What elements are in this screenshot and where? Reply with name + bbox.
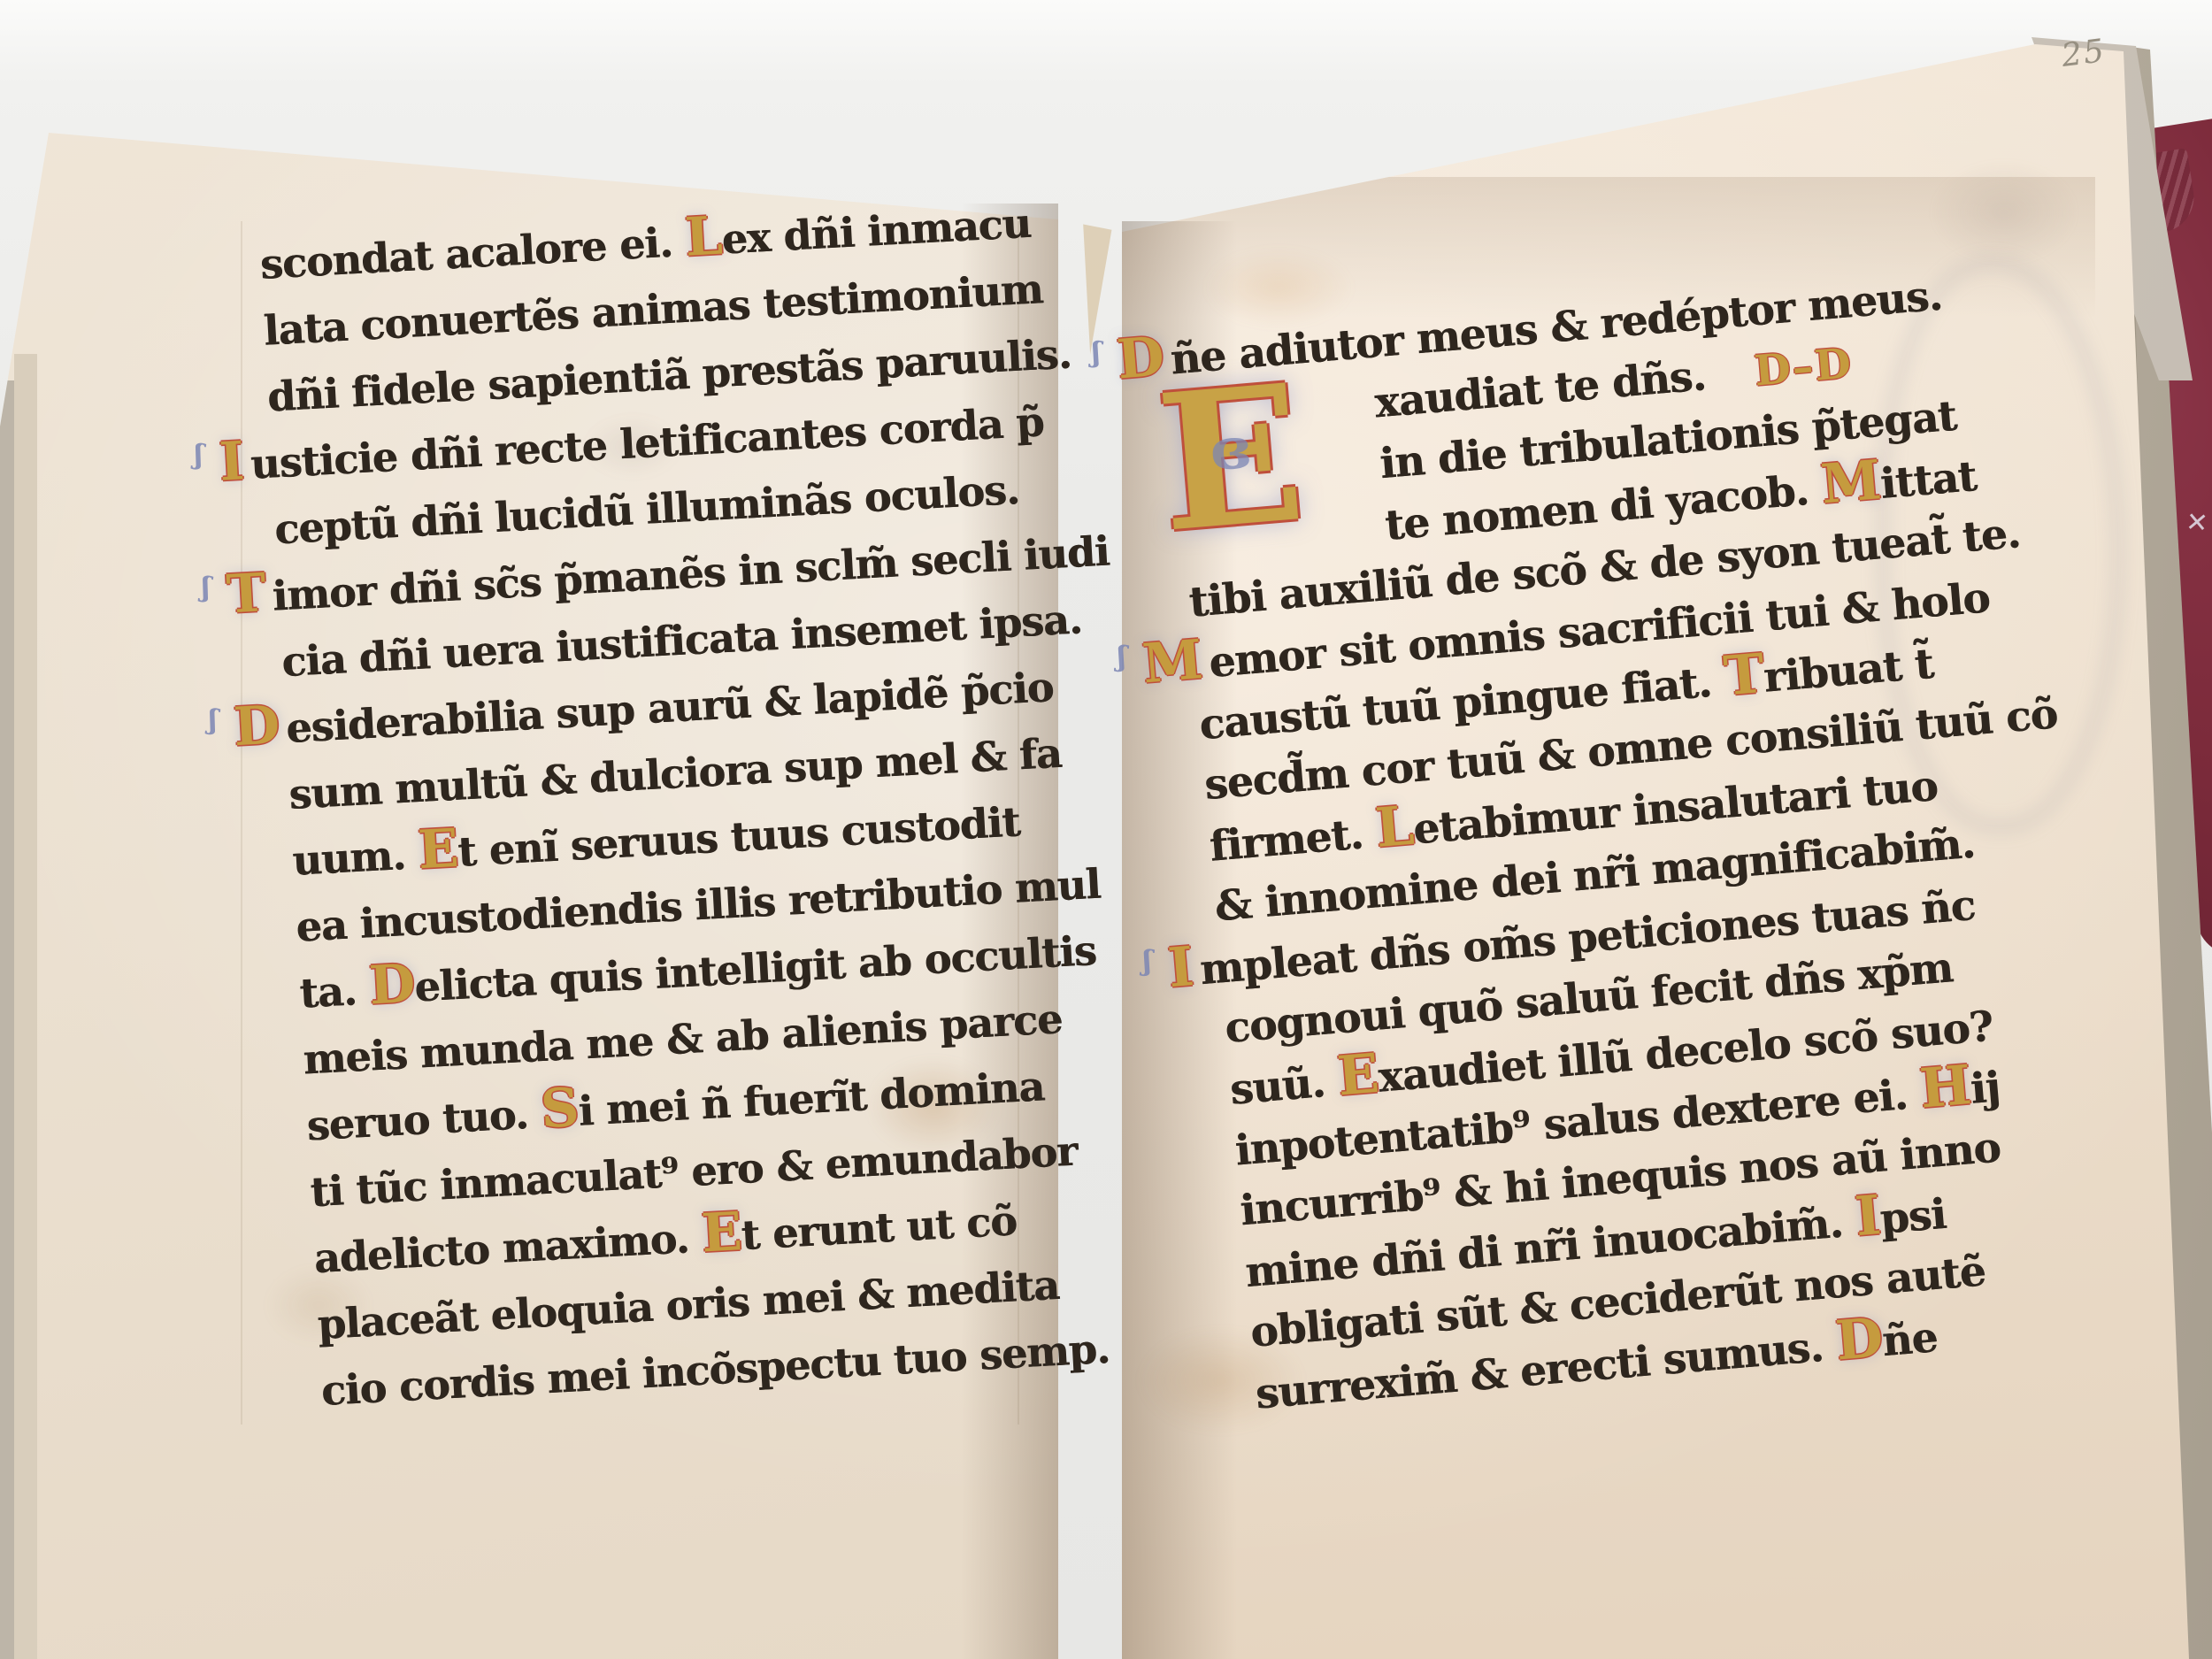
illuminated-initial: D bbox=[233, 700, 280, 755]
text-run: uum. bbox=[291, 830, 419, 885]
illuminated-initial: M bbox=[1819, 453, 1883, 511]
text-run: seruo tuo. bbox=[305, 1089, 542, 1149]
illuminated-initial: E bbox=[1335, 1047, 1380, 1104]
illuminated-initial: L bbox=[1373, 799, 1415, 856]
left-page-text: scondat acalore ei. Lex dñi inmaculata c… bbox=[258, 188, 1118, 1425]
text-run: t erunt ut cõ bbox=[740, 1196, 1018, 1259]
illuminated-initial: T bbox=[226, 567, 267, 622]
text-run: ñe bbox=[1880, 1313, 1939, 1366]
illuminated-initial: D bbox=[368, 958, 416, 1013]
text-run: ij bbox=[1969, 1063, 2001, 1114]
text-run: adelicto maximo. bbox=[312, 1214, 703, 1283]
text-run: suũ. bbox=[1228, 1057, 1340, 1115]
right-page-text: E Dñe adiutor meus & redéptor meus.xaudi… bbox=[1166, 258, 2105, 1425]
illuminated-initial: T bbox=[1722, 647, 1765, 704]
illuminated-initial: I bbox=[1853, 1188, 1882, 1244]
illuminated-initial: E bbox=[417, 823, 459, 878]
gutter-fold bbox=[1069, 220, 1112, 356]
illuminated-initial: S bbox=[540, 1082, 580, 1137]
ink-showthrough-smudge bbox=[1929, 159, 2079, 265]
text-run: firmet. bbox=[1208, 809, 1379, 872]
text-run: ex dñi inmacu bbox=[720, 199, 1032, 264]
folio-page-number: 25 bbox=[2060, 33, 2108, 74]
illuminated-initial: E bbox=[701, 1206, 743, 1261]
illuminated-initial: D bbox=[1115, 330, 1165, 388]
manuscript-photo: ✕✕ scondat acalore ei. Lex dñi inmaculat… bbox=[0, 0, 2212, 1659]
illuminated-initial: M bbox=[1141, 633, 1204, 691]
text-run: ribuat t̃ bbox=[1762, 640, 1935, 703]
left-fore-edge-inner bbox=[14, 354, 37, 1659]
text-run: psi bbox=[1878, 1190, 1948, 1244]
text-run: ta. bbox=[298, 966, 371, 1018]
left-fore-edge bbox=[0, 380, 14, 1659]
illuminated-initial: I bbox=[218, 435, 244, 489]
illuminated-initial: D bbox=[1834, 1310, 1885, 1368]
illuminated-initial: I bbox=[1166, 940, 1195, 995]
illuminated-initial: H bbox=[1918, 1058, 1973, 1117]
text-run: ittat bbox=[1878, 452, 1978, 509]
line-filler-ornament: D–D bbox=[1753, 339, 1855, 396]
ruling-line bbox=[241, 221, 242, 1425]
illuminated-initial: L bbox=[684, 211, 723, 265]
